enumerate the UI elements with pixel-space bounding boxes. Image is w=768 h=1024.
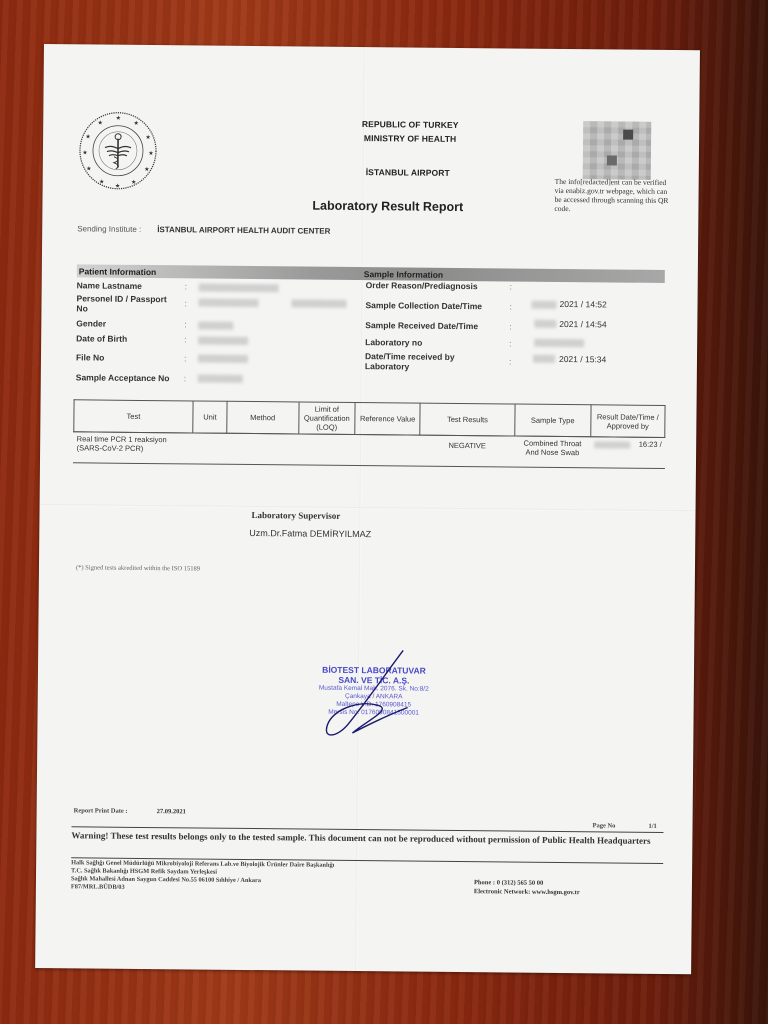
col-method: Method [227, 401, 299, 434]
svg-text:★: ★ [116, 115, 121, 122]
laboratory-no-label: Laboratory no [365, 337, 422, 348]
print-date-value: 27.09.2021 [157, 808, 186, 815]
table-row: Real time PCR 1 reaksiyon (SARS-CoV-2 PC… [74, 432, 665, 460]
method-cell [226, 433, 298, 456]
name-value-redacted [199, 283, 279, 292]
colon: : [184, 373, 186, 383]
signature [307, 645, 418, 746]
collection-date-redacted [531, 301, 556, 309]
gender-value-redacted [198, 321, 233, 329]
colon: : [509, 356, 511, 366]
col-test: Test [74, 400, 193, 433]
contact-block: Phone : 0 (312) 565 50 00 Electronic Net… [474, 878, 580, 897]
supervisor-title: Laboratory Supervisor [251, 510, 340, 521]
lab-received-date-redacted [533, 355, 555, 363]
colon: : [510, 281, 512, 291]
table-bottom-rule [73, 462, 665, 469]
svg-text:★: ★ [145, 134, 150, 141]
reference-cell [355, 435, 420, 458]
file-no-value-redacted [198, 354, 248, 362]
id-value-redacted [198, 298, 258, 307]
received-datetime-label: Sample Received Date/Time [365, 320, 478, 331]
col-sample-type: Sample Type [515, 404, 591, 437]
ministry-heading: MINISTRY OF HEALTH [330, 133, 490, 145]
sending-institute-label: Sending Institute : [77, 224, 141, 234]
ministry-of-health-seal-icon: ★★★ ★★ ★★ ★★ ★★★ [78, 110, 159, 191]
svg-text:★: ★ [86, 165, 91, 172]
received-date-redacted [534, 320, 556, 328]
gender-label: Gender [76, 318, 106, 328]
qr-verification-note: The info[redacted]ent can be verified vi… [554, 177, 674, 214]
colon: : [509, 301, 511, 311]
result-datetime-cell: 16:23 / [590, 437, 664, 460]
colon: : [184, 298, 186, 308]
qr-code-module [607, 155, 617, 165]
lab-received-datetime-label: Date/Time received by Laboratory [365, 351, 485, 372]
address-line: F87/MRL.BÜDB/03 [71, 883, 334, 894]
colon: : [184, 334, 186, 344]
colon: : [184, 319, 186, 329]
website-link[interactable]: Electronic Network: www.hsgm.gov.tr [474, 887, 580, 897]
passport-value-redacted [291, 299, 346, 308]
report-title: Laboratory Result Report [312, 199, 463, 214]
patient-info-heading: Patient Information [79, 266, 157, 277]
print-date-label: Report Print Date : [74, 807, 128, 815]
sample-type-cell: Combined Throat And Nose Swab [514, 436, 590, 459]
test-result-cell: NEGATIVE [420, 435, 515, 458]
dob-value-redacted [198, 336, 248, 344]
svg-text:★: ★ [85, 133, 90, 140]
result-date-redacted [594, 441, 630, 448]
sample-info-heading: Sample Information [364, 269, 443, 280]
page-no-label: Page No [592, 822, 615, 829]
col-reference: Reference Value [355, 403, 420, 436]
supervisor-name: Uzm.Dr.Fatma DEMİRYILMAZ [249, 528, 371, 539]
results-table: Test Unit Method Limit of Quantification… [73, 399, 666, 460]
svg-text:★: ★ [99, 179, 104, 186]
svg-text:★: ★ [82, 149, 87, 156]
page-no-value: 1/1 [648, 823, 656, 830]
name-label: Name Lastname [77, 280, 142, 291]
test-name-cell: Real time PCR 1 reaksiyon (SARS-CoV-2 PC… [74, 432, 193, 456]
colon: : [509, 338, 511, 348]
colon: : [185, 281, 187, 291]
dob-label: Date of Birth [76, 333, 127, 343]
id-label: Personel ID / Passport No [76, 293, 176, 314]
col-result-datetime: Result Date/Time / Approved by [591, 405, 666, 438]
colon: : [509, 321, 511, 331]
warning-text: Warning! These test results belongs only… [71, 830, 663, 847]
svg-text:★: ★ [144, 166, 149, 173]
col-loq: Limit of Quantification (LOQ) [298, 402, 355, 435]
svg-text:★: ★ [98, 120, 103, 127]
svg-text:★: ★ [131, 179, 136, 186]
laboratory-no-redacted [534, 339, 584, 347]
sample-acceptance-label: Sample Acceptance No [76, 372, 170, 383]
collection-datetime-value: 2021 / 14:52 [559, 299, 606, 309]
received-datetime-value: 2021 / 14:54 [559, 319, 606, 329]
collection-datetime-label: Sample Collection Date/Time [365, 300, 482, 311]
svg-text:★: ★ [115, 183, 120, 190]
qr-code-module [623, 130, 633, 140]
unit-cell [193, 433, 227, 456]
colon: : [184, 353, 186, 363]
paper-fold [40, 504, 696, 512]
lab-result-document: ★★★ ★★ ★★ ★★ ★★★ REPUBLIC OF TURKEY MINI… [35, 44, 700, 974]
col-test-results: Test Results [420, 403, 515, 436]
country-heading: REPUBLIC OF TURKEY [330, 119, 490, 131]
svg-text:★: ★ [148, 150, 153, 157]
order-reason-label: Order Reason/Prediagnosis [366, 280, 478, 291]
col-unit: Unit [193, 401, 227, 433]
loq-cell [298, 434, 355, 457]
sending-institute-value: İSTANBUL AIRPORT HEALTH AUDIT CENTER [157, 225, 330, 236]
lab-received-datetime-value: 2021 / 15:34 [559, 354, 606, 364]
accreditation-note: (*) Signed tests akredited within the IS… [76, 564, 200, 572]
file-no-label: File No [76, 352, 104, 362]
sample-acceptance-value-redacted [198, 374, 243, 382]
qr-code[interactable] [583, 121, 652, 180]
result-time-value: 16:23 / [639, 440, 662, 449]
address-block: Halk Sağlığı Genel Müdürlüğü Mikrobiyolo… [71, 859, 335, 894]
svg-text:★: ★ [134, 120, 139, 127]
location-heading: İSTANBUL AIRPORT [328, 167, 488, 179]
